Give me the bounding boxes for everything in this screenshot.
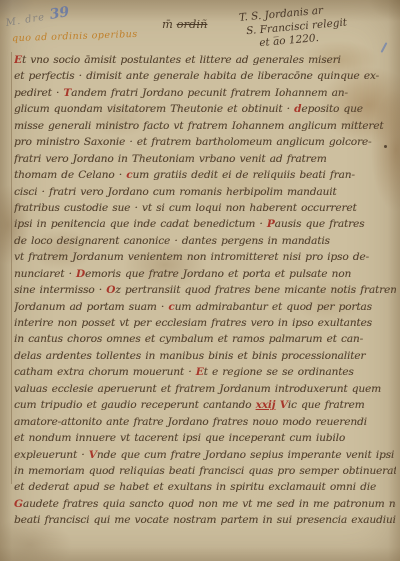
- pencil-number: 39: [49, 4, 71, 23]
- text-segment: nde que cum fratre Jordano sepius impera…: [97, 449, 394, 461]
- text-segment: beati francisci qui me vocate nostram pa…: [14, 514, 396, 526]
- text-segment: thomam de Celano ·: [14, 169, 126, 181]
- text-segment: ic que fratrem: [288, 399, 365, 411]
- text-segment: emoris que fratre Jordano et porta et pu…: [85, 268, 351, 280]
- text-line: Jordanum ad portam suam · cum admirabant…: [14, 301, 396, 317]
- text-segment: valuas ecclesie aperuerunt et fratrem Jo…: [14, 383, 381, 395]
- text-segment: vt fratrem Jordanum venientem non introm…: [14, 251, 369, 263]
- text-segment: um gratiis dedit ei de reliquiis beati f…: [133, 169, 355, 181]
- text-line: Gaudete fratres quia sancto quod non me …: [14, 498, 396, 514]
- text-line: et nondum innuere vt tacerent ipsi que i…: [14, 432, 396, 448]
- text-segment: G: [14, 498, 23, 510]
- text-segment: E: [14, 54, 22, 66]
- text-segment: et perfectis · dimisit ante generale hab…: [14, 70, 379, 82]
- ownership-note: T. S. Jordanis ar S. Francisci relegit e…: [239, 0, 398, 52]
- text-line: et dederat apud se habet et exultans in …: [14, 481, 396, 497]
- text-line: cisci · fratri vero Jordano cum romanis …: [14, 186, 396, 202]
- struck-word: ordiñ: [177, 17, 208, 31]
- text-line: cum tripudio et gaudio receperunt cantan…: [14, 399, 396, 415]
- text-line: glicum quondam visitatorem Theutonie et …: [14, 103, 396, 119]
- text-segment: z pertransiit quod fratres bene micante …: [115, 284, 396, 296]
- text-segment: de loco designarent canonice · dantes pe…: [14, 235, 330, 247]
- text-segment: interire non posset vt per ecclesiam fra…: [14, 317, 372, 329]
- text-segment: sine intermisso ·: [14, 284, 106, 296]
- text-line: misse generali ministro facto vt fratrem…: [14, 120, 396, 136]
- text-line: beati francisci qui me vocate nostram pa…: [14, 514, 396, 530]
- pencil-annotation: M. dre 39: [4, 1, 70, 30]
- text-line: pro ministro Saxonie · et fratrem bartho…: [14, 136, 396, 152]
- text-segment: delas ardentes tollentes in manibus bini…: [14, 350, 365, 362]
- text-segment: glicum quondam visitatorem Theutonie et …: [14, 103, 294, 115]
- text-line: Et vno socio āmisit postulantes et litte…: [14, 54, 396, 70]
- text-segment: misse generali ministro facto vt fratrem…: [14, 120, 384, 132]
- text-segment: T: [63, 87, 71, 99]
- text-line: in cantus choros omnes et cymbalum et ra…: [14, 333, 396, 349]
- text-segment: amatore-attonito ante fratre Jordano fra…: [14, 416, 367, 428]
- text-segment: t vno socio āmisit postulantes et litter…: [22, 54, 341, 66]
- text-segment: E: [196, 366, 204, 378]
- text-segment: um admirabantur et quod per portas: [175, 301, 372, 313]
- text-segment: cisci · fratri vero Jordano cum romanis …: [14, 186, 337, 198]
- struck-heading: m̄ ordiñ: [162, 17, 207, 31]
- text-line: ipsi in penitencia que inde cadat benedi…: [14, 218, 396, 234]
- text-line: de loco designarent canonice · dantes pe…: [14, 235, 396, 251]
- text-segment: P: [267, 218, 275, 230]
- text-segment: V: [280, 399, 288, 411]
- text-segment: audete fratres quia sancto quod non me v…: [23, 498, 396, 510]
- text-line: expleuerunt · Vnde que cum fratre Jordan…: [14, 449, 396, 465]
- text-line: et perfectis · dimisit ante generale hab…: [14, 70, 396, 86]
- text-block: Et vno socio āmisit postulantes et litte…: [14, 54, 396, 531]
- text-line: pediret · Tandem fratri Jordano pecunit …: [14, 87, 396, 103]
- text-line: thomam de Celano · cum gratiis dedit ei …: [14, 169, 396, 185]
- manuscript-page: M. dre 39 quo ad ordinis operibus m̄ ord…: [0, 0, 400, 561]
- text-segment: ipsi in penitencia que inde cadat benedi…: [14, 218, 267, 230]
- text-segment: D: [76, 268, 85, 280]
- text-segment: O: [106, 284, 115, 296]
- text-segment: pro ministro Saxonie · et fratrem bartho…: [14, 136, 371, 148]
- text-segment: t e regione se se ordinantes: [204, 366, 354, 378]
- text-segment: andem fratri Jordano pecunit fratrem Ioh…: [71, 87, 348, 99]
- text-line: valuas ecclesie aperuerunt et fratrem Jo…: [14, 383, 396, 399]
- text-segment: et nondum innuere vt tacerent ipsi que i…: [14, 432, 345, 444]
- text-line: delas ardentes tollentes in manibus bini…: [14, 350, 396, 366]
- text-segment: et dederat apud se habet et exultans in …: [14, 481, 376, 493]
- text-segment: in cantus choros omnes et cymbalum et ra…: [14, 333, 363, 345]
- text-segment: expleuerunt ·: [14, 449, 89, 461]
- text-segment: nunciaret ·: [14, 268, 76, 280]
- text-segment: Jordanum ad portam suam ·: [14, 301, 168, 313]
- rubric-heading: quo ad ordinis operibus: [12, 29, 138, 44]
- text-segment: V: [89, 449, 97, 461]
- pencil-text: M. dre: [5, 12, 46, 29]
- text-line: interire non posset vt per ecclesiam fra…: [14, 317, 396, 333]
- text-line: amatore-attonito ante fratre Jordano fra…: [14, 416, 396, 432]
- heading-prefix: m̄: [162, 17, 177, 31]
- text-line: in memoriam quod reliquias beati francis…: [14, 465, 396, 481]
- text-line: catham extra chorum mouerunt · Et e regi…: [14, 366, 396, 382]
- margin-rule: [11, 52, 12, 484]
- text-segment: in memoriam quod reliquias beati francis…: [14, 465, 396, 477]
- text-line: nunciaret · Demoris que fratre Jordano e…: [14, 268, 396, 284]
- text-segment: cum tripudio et gaudio receperunt cantan…: [14, 399, 256, 411]
- text-segment: eposito que: [301, 103, 362, 115]
- text-segment: catham extra chorum mouerunt ·: [14, 366, 196, 378]
- blue-pencil-mark: [381, 42, 388, 53]
- text-line: fratri vero Jordano in Theutoniam vrbano…: [14, 153, 396, 169]
- text-segment: fratri vero Jordano in Theutoniam vrbano…: [14, 153, 327, 165]
- text-line: fratribus custodie sue · vt si cum loqui…: [14, 202, 396, 218]
- text-line: sine intermisso · Oz pertransiit quod fr…: [14, 284, 396, 300]
- text-segment: pediret ·: [14, 87, 63, 99]
- text-segment: xxij: [256, 399, 276, 411]
- text-segment: fratribus custodie sue · vt si cum loqui…: [14, 202, 357, 214]
- text-segment: ausis que fratres: [275, 218, 365, 230]
- text-line: vt fratrem Jordanum venientem non introm…: [14, 251, 396, 267]
